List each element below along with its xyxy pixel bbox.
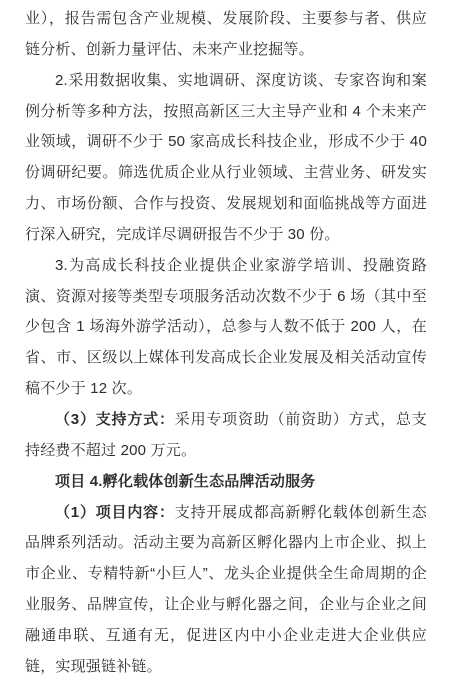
document-page: 业），报告需包含产业规模、发展阶段、主要参与者、供应链分析、创新力量评估、未来产… (0, 0, 452, 680)
paragraph-report-scope-continuation: 业），报告需包含产业规模、发展阶段、主要参与者、供应链分析、创新力量评估、未来产… (25, 4, 427, 66)
paragraph-item-2-research-methods: 2.采用数据收集、实地调研、深度访谈、专家咨询和案例分析等多种方法，按照高新区三… (25, 66, 427, 251)
paragraph-text: 业），报告需包含产业规模、发展阶段、主要参与者、供应链分析、创新力量评估、未来产… (25, 10, 427, 58)
heading-project-4: 项目 4.孵化载体创新生态品牌活动服务 (25, 467, 427, 498)
paragraph-item-3-special-services: 3.为高成长科技企业提供企业家游学培训、投融资路演、资源对接等类型专项服务活动次… (25, 251, 427, 405)
paragraph-text: 支持开展成都高新孵化载体创新生态品牌系列活动。活动主要为高新区孵化器内上市企业、… (25, 504, 427, 675)
paragraph-support-method: （3）支持方式：采用专项资助（前资助）方式，总支持经费不超过 200 万元。 (25, 405, 427, 467)
support-method-label: （3）支持方式： (55, 411, 175, 428)
project-content-label: （1）项目内容： (55, 504, 175, 521)
paragraph-project-content: （1）项目内容：支持开展成都高新孵化载体创新生态品牌系列活动。活动主要为高新区孵… (25, 498, 427, 680)
section-heading-text: 项目 4.孵化载体创新生态品牌活动服务 (55, 473, 315, 490)
paragraph-text: 3.为高成长科技企业提供企业家游学培训、投融资路演、资源对接等类型专项服务活动次… (25, 257, 427, 397)
paragraph-text: 2.采用数据收集、实地调研、深度访谈、专家咨询和案例分析等多种方法，按照高新区三… (25, 72, 427, 243)
